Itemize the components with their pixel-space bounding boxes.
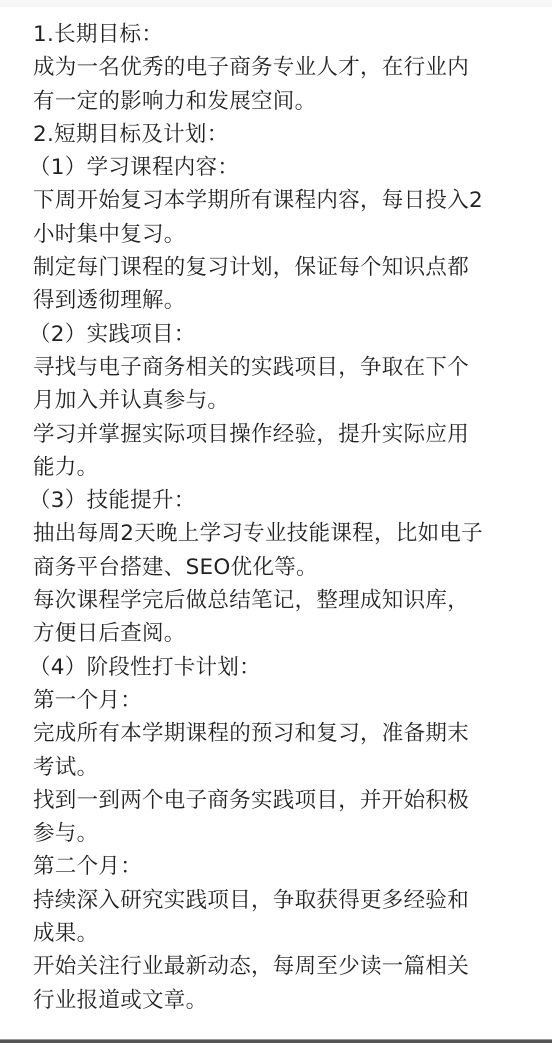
line-long-term-goal-heading: 1.长期目标：	[33, 18, 533, 51]
text-line: 考试。	[33, 751, 533, 784]
text-line: 能力。	[33, 451, 533, 484]
line-subheading-checkin-plan: （4）阶段性打卡计划：	[29, 651, 533, 684]
text-line: 成果。	[33, 917, 533, 950]
line-short-term-goal-heading: 2.短期目标及计划：	[33, 118, 533, 151]
text-line: 制定每门课程的复习计划，保证每个知识点都	[33, 251, 533, 284]
text-line: 行业报道或文章。	[33, 984, 533, 1017]
line-subheading-skills: （3）技能提升：	[29, 484, 533, 517]
text-line: 持续深入研究实践项目，争取获得更多经验和	[33, 884, 533, 917]
line-subheading-courses: （1）学习课程内容：	[29, 151, 533, 184]
line-subheading-practice: （2）实践项目：	[29, 318, 533, 351]
top-band	[0, 0, 552, 7]
text-line: 完成所有本学期课程的预习和复习，准备期末	[33, 717, 533, 750]
document-body: 1.长期目标： 成为一名优秀的电子商务专业人才，在行业内 有一定的影响力和发展空…	[33, 18, 533, 1017]
text-line: 小时集中复习。	[33, 218, 533, 251]
line-first-month-label: 第一个月：	[33, 684, 533, 717]
text-line: 商务平台搭建、SEO优化等。	[33, 551, 533, 584]
text-line: 每次课程学完后做总结笔记，整理成知识库，	[33, 584, 533, 617]
text-line: 开始关注行业最新动态，每周至少读一篇相关	[33, 950, 533, 983]
text-line: 有一定的影响力和发展空间。	[33, 85, 533, 118]
text-line: 月加入并认真参与。	[33, 384, 533, 417]
text-line: 抽出每周2天晚上学习专业技能课程，比如电子	[33, 517, 533, 550]
bottom-edge-bar	[0, 1039, 552, 1043]
text-line: 寻找与电子商务相关的实践项目，争取在下个	[33, 351, 533, 384]
text-line: 方便日后查阅。	[33, 617, 533, 650]
text-line: 学习并掌握实际项目操作经验，提升实际应用	[33, 418, 533, 451]
line-second-month-label: 第二个月：	[33, 850, 533, 883]
text-line: 得到透彻理解。	[33, 284, 533, 317]
text-line: 成为一名优秀的电子商务专业人才，在行业内	[33, 51, 533, 84]
text-line: 下周开始复习本学期所有课程内容，每日投入2	[33, 184, 533, 217]
text-line: 参与。	[33, 817, 533, 850]
text-line: 找到一到两个电子商务实践项目，并开始积极	[33, 784, 533, 817]
